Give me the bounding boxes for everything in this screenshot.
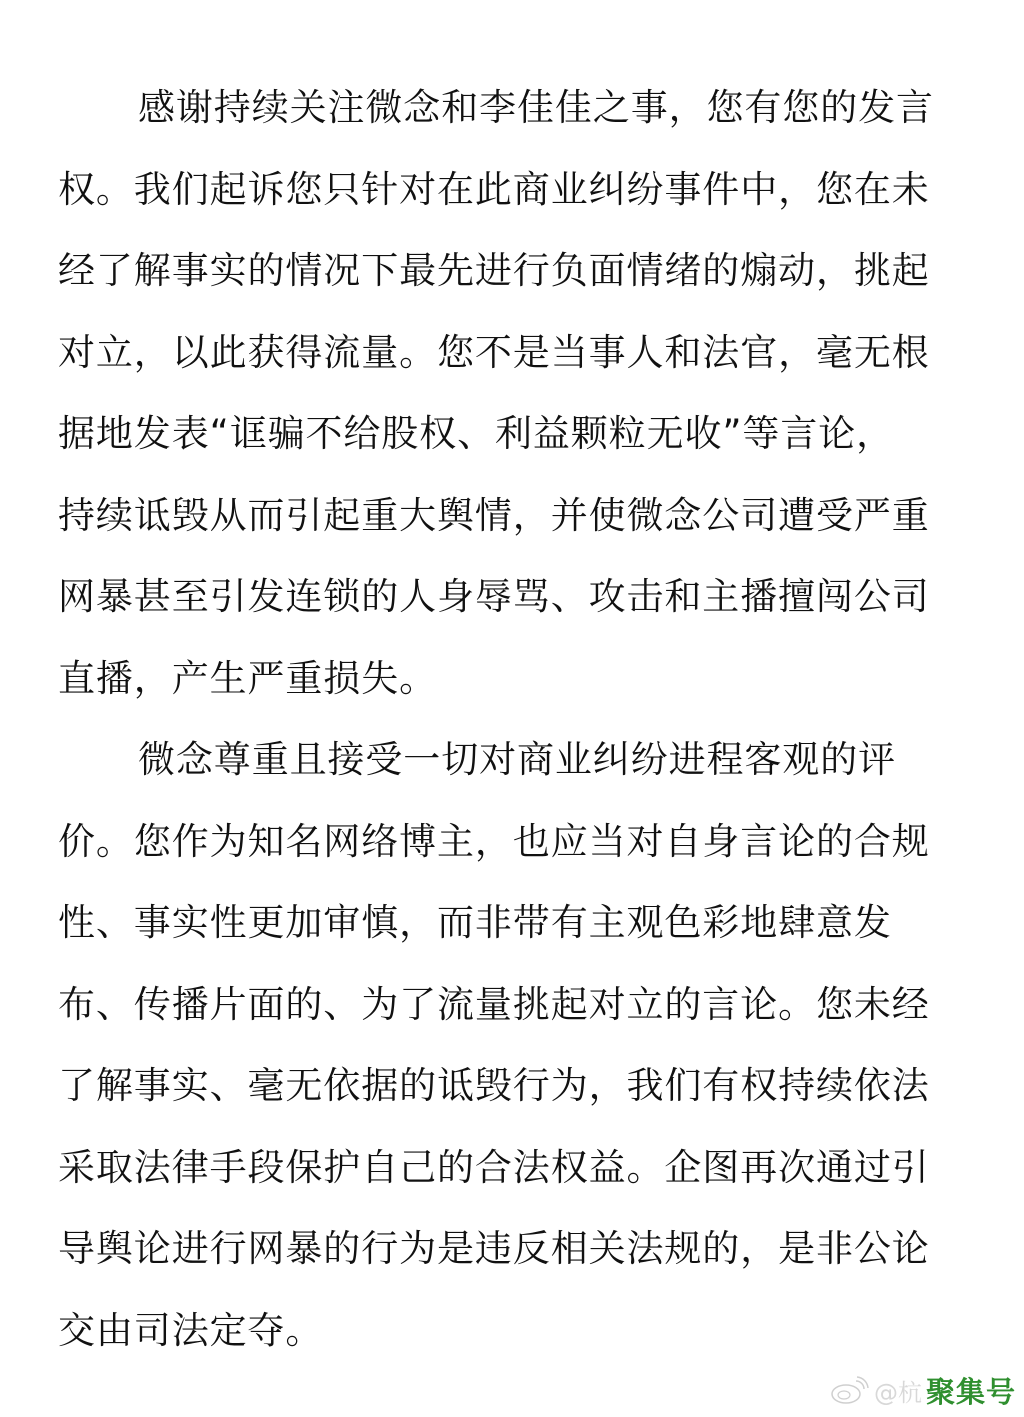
text-line: 微念尊重且接受一切对商业纠纷进程客观的评: [58, 730, 970, 812]
text-line: 权。我们起诉您只针对在此商业纠纷事件中，您在未: [58, 160, 970, 242]
text-line: 直播，产生严重损失。: [58, 649, 970, 731]
weibo-icon: [830, 1375, 870, 1405]
text-line: 网暴甚至引发连锁的人身辱骂、攻击和主播擅闯公司: [58, 567, 970, 649]
text-line: 导舆论进行网暴的行为是违反相关法规的，是非公论: [58, 1219, 970, 1301]
watermark-handle: @杭: [874, 1373, 922, 1408]
text-line: 布、传播片面的、为了流量挑起对立的言论。您未经: [58, 975, 970, 1057]
paragraph-2: 微念尊重且接受一切对商业纠纷进程客观的评 价。您作为知名网络博主，也应当对自身言…: [58, 730, 970, 1382]
watermark-brand: 聚集号: [926, 1370, 1016, 1411]
text-line: 感谢持续关注微念和李佳佳之事，您有您的发言: [58, 78, 970, 160]
text-line: 持续诋毁从而引起重大舆情，并使微念公司遭受严重: [58, 486, 970, 568]
document-body: 感谢持续关注微念和李佳佳之事，您有您的发言 权。我们起诉您只针对在此商业纠纷事件…: [58, 78, 970, 1382]
watermark: @杭 聚集号: [830, 1373, 1016, 1407]
text-line: 交由司法定夺。: [58, 1301, 970, 1383]
text-line: 据地发表“诓骗不给股权、利益颗粒无收”等言论，: [58, 404, 970, 486]
text-line: 价。您作为知名网络博主，也应当对自身言论的合规: [58, 812, 970, 894]
paragraph-1: 感谢持续关注微念和李佳佳之事，您有您的发言 权。我们起诉您只针对在此商业纠纷事件…: [58, 78, 970, 730]
text-line: 经了解事实的情况下最先进行负面情绪的煽动，挑起: [58, 241, 970, 323]
text-line: 了解事实、毫无依据的诋毁行为，我们有权持续依法: [58, 1056, 970, 1138]
text-line: 性、事实性更加审慎，而非带有主观色彩地肆意发: [58, 893, 970, 975]
text-line: 对立，以此获得流量。您不是当事人和法官，毫无根: [58, 323, 970, 405]
text-line: 采取法律手段保护自己的合法权益。企图再次通过引: [58, 1138, 970, 1220]
